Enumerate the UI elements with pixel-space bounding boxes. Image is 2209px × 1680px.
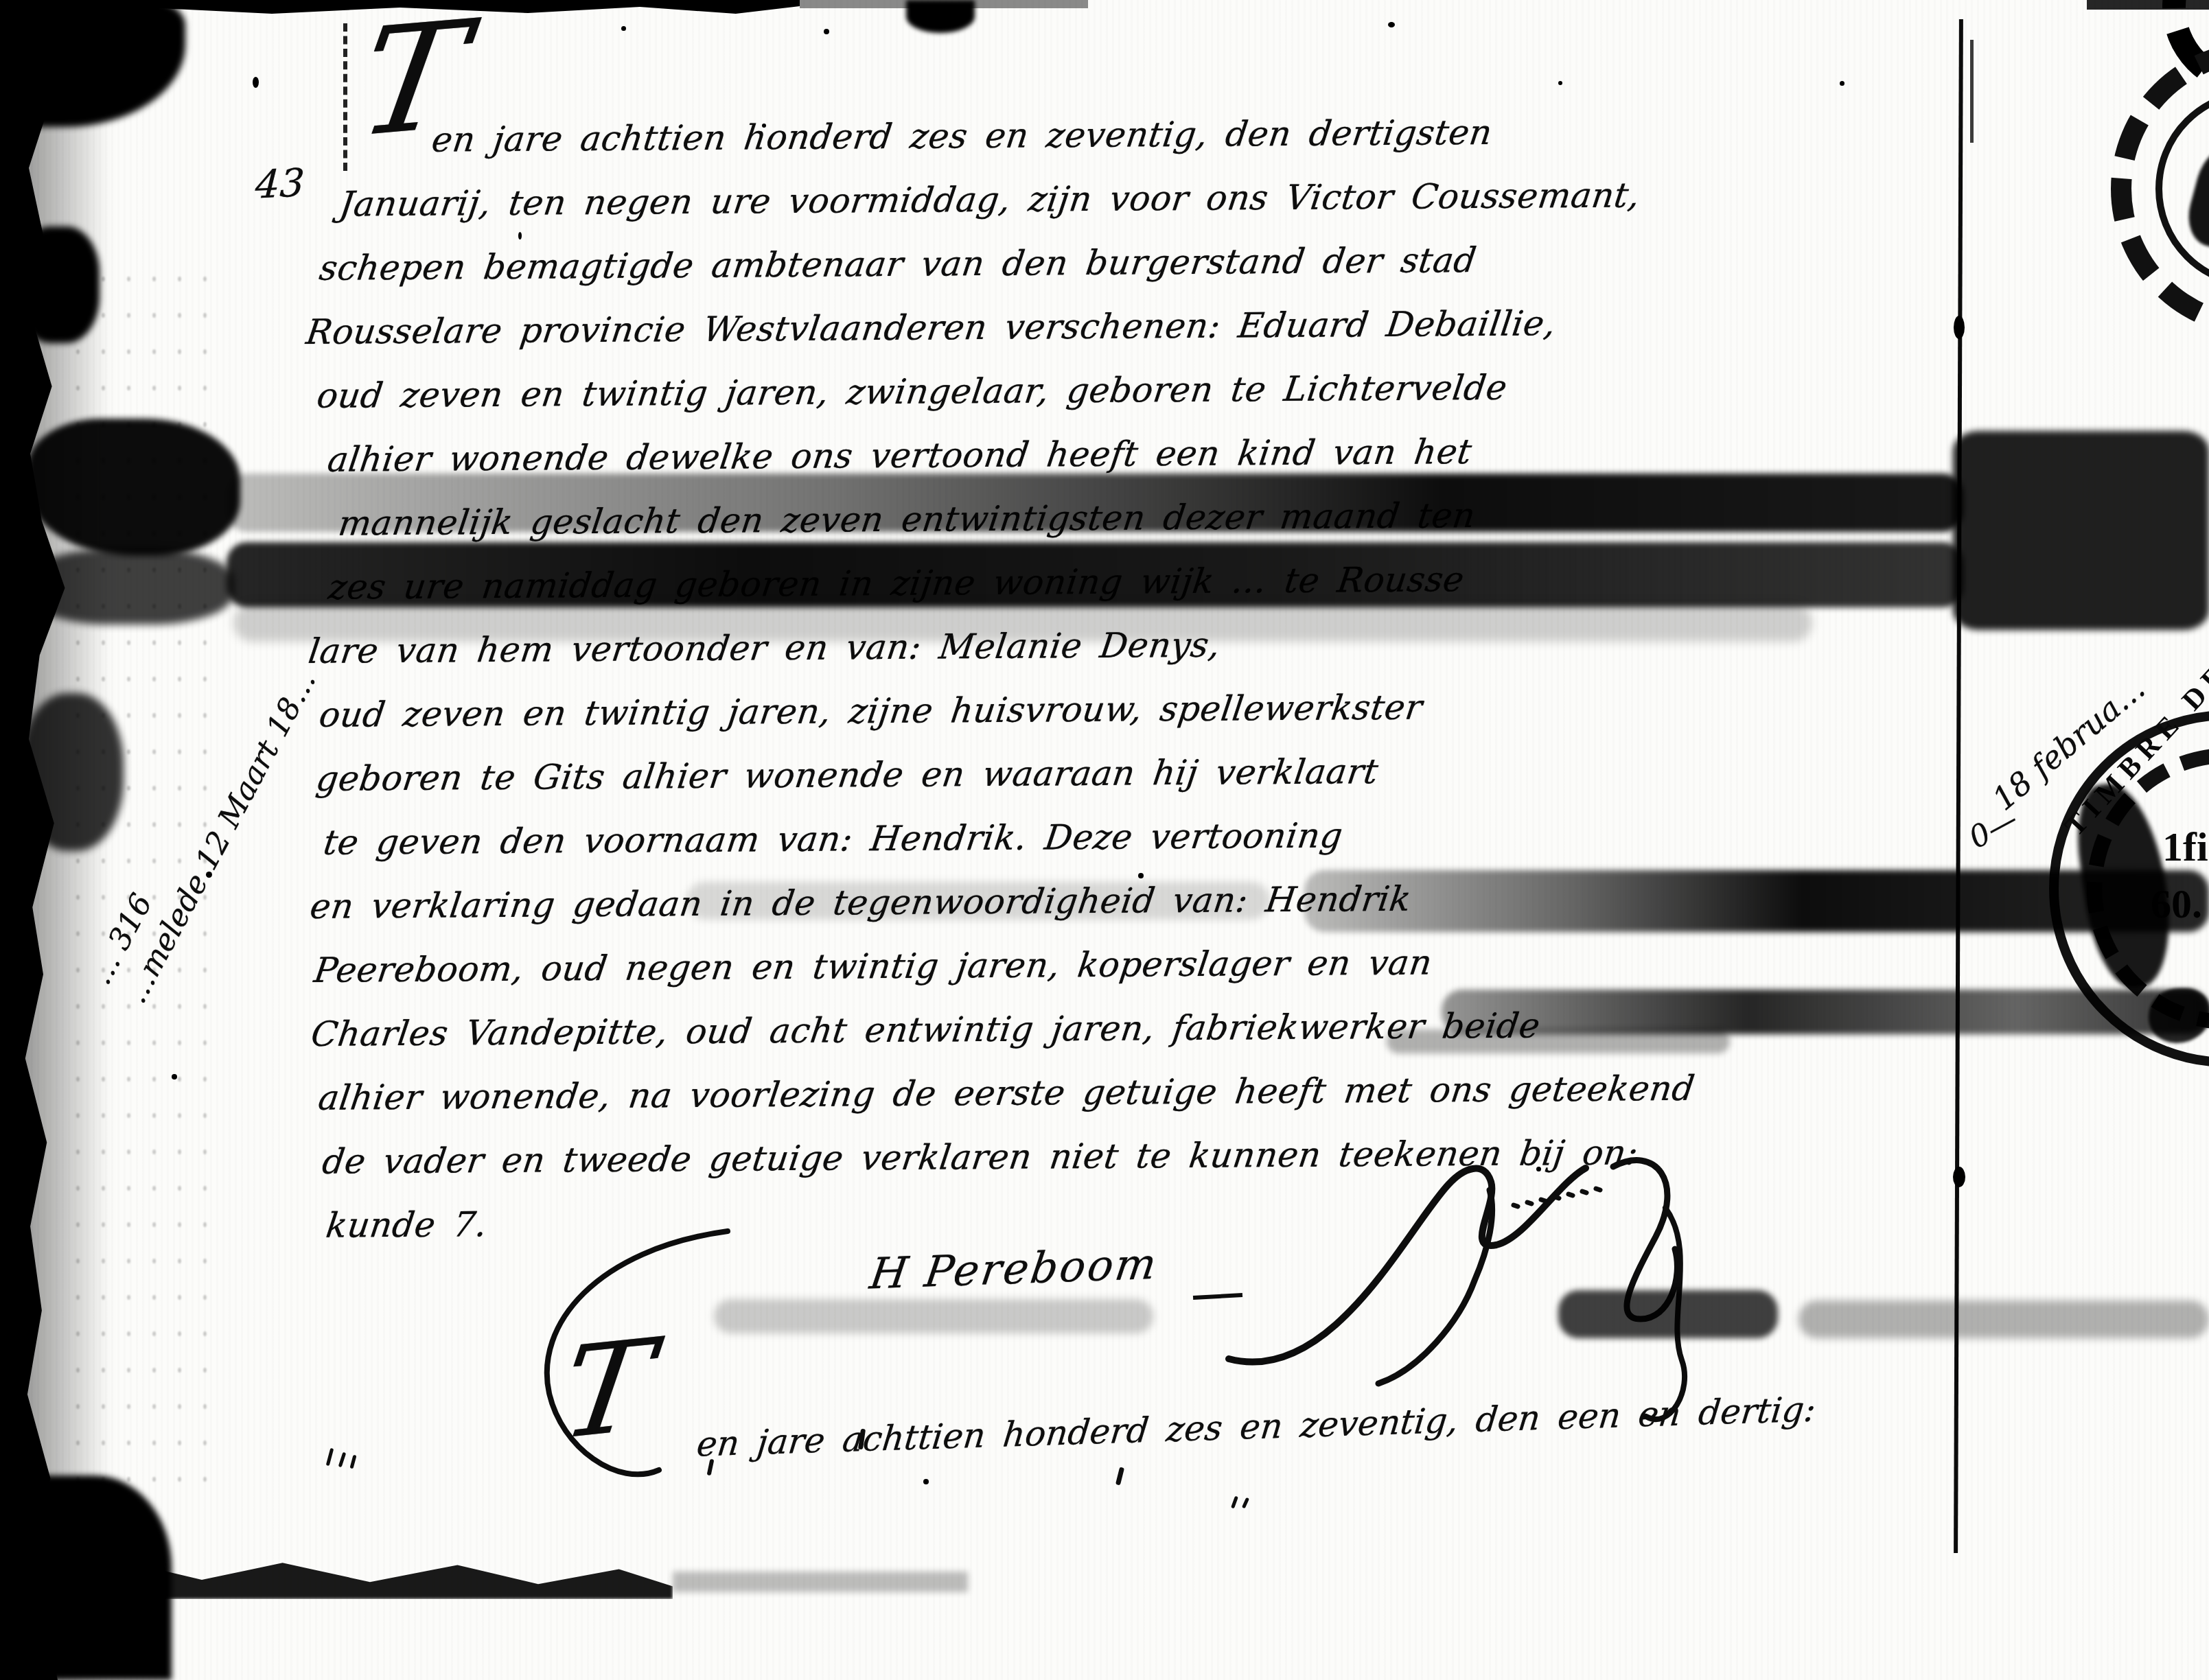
ink-node (1953, 1167, 1965, 1187)
scan-edge-artifact-top (2087, 0, 2209, 10)
pen-tick (1231, 1496, 1238, 1509)
ink-speck (1138, 873, 1144, 878)
scan-edge-artifact-bottom (673, 1572, 968, 1592)
ink-smudge-band (1953, 431, 2209, 630)
ink-speck (923, 1479, 929, 1484)
act-line: geboren te Gits alhier wonende en waaraa… (305, 735, 2071, 811)
timbre-stamp-value: 1fi (2162, 824, 2208, 871)
ink-speck (518, 232, 522, 240)
act-line: oud zeven en twintig jaren, zijne huisvr… (305, 671, 2070, 747)
scanned-birth-record-page: 43 T en jare achttien honderd zes en zev… (0, 0, 2209, 1680)
register-fold-line-fragment (1970, 40, 1974, 143)
scan-edge-artifact-top (800, 0, 1088, 8)
act-line: Rousselare provincie Westvlaanderen vers… (302, 288, 2068, 364)
pen-tick (338, 1452, 347, 1467)
act-number: 43 (254, 161, 305, 208)
act-line: schepen bemagtigde ambtenaar van den bur… (302, 224, 2068, 301)
ink-smudge-band (227, 474, 1963, 532)
act-line: Januarij, ten negen ure voormiddag, zijn… (301, 161, 2067, 237)
ink-speck (1558, 81, 1562, 85)
act-line: alhier wonende, na voorlezing de eerste … (308, 1054, 2073, 1130)
act-text-block: en jare achttien honderd zes en zeventig… (305, 97, 2070, 1258)
ink-smudge-band (714, 1299, 1153, 1333)
ink-speck (621, 26, 626, 31)
act-line: oud zeven en twintig jaren, zwingelaar, … (303, 352, 2068, 428)
pen-tick (349, 1455, 356, 1469)
ink-smudge-band (1442, 990, 2209, 1034)
scan-speckle-noise (65, 261, 216, 1510)
ink-smudge-band (686, 882, 1270, 920)
pen-tick (1242, 1497, 1249, 1509)
act-line: de vader en tweede getuige verklaren nie… (308, 1118, 2074, 1194)
ink-speck (253, 77, 259, 88)
ink-smudge-band (1558, 1290, 1778, 1338)
ink-speck (1536, 1167, 1541, 1171)
ink-smudge-band (1799, 1300, 2209, 1338)
ink-smudge-band (1387, 1029, 1730, 1053)
ink-speck (1840, 81, 1844, 86)
pen-tick (1115, 1467, 1124, 1486)
ink-node (1954, 316, 1965, 339)
witness-signature: H Pereboom (867, 1238, 1161, 1298)
ink-speck (1388, 22, 1395, 27)
ink-speck (762, 124, 766, 128)
act-line: en jare achttien honderd zes en zeventig… (301, 97, 2066, 173)
ink-smudge-band (1304, 870, 2209, 932)
pen-tick (326, 1448, 334, 1466)
ink-speck (824, 29, 829, 34)
ink-smudge-band (227, 542, 1963, 607)
ink-smudge-band (233, 604, 1812, 642)
act-line: te geven den voornaam van: Hendrik. Deze… (305, 799, 2071, 875)
